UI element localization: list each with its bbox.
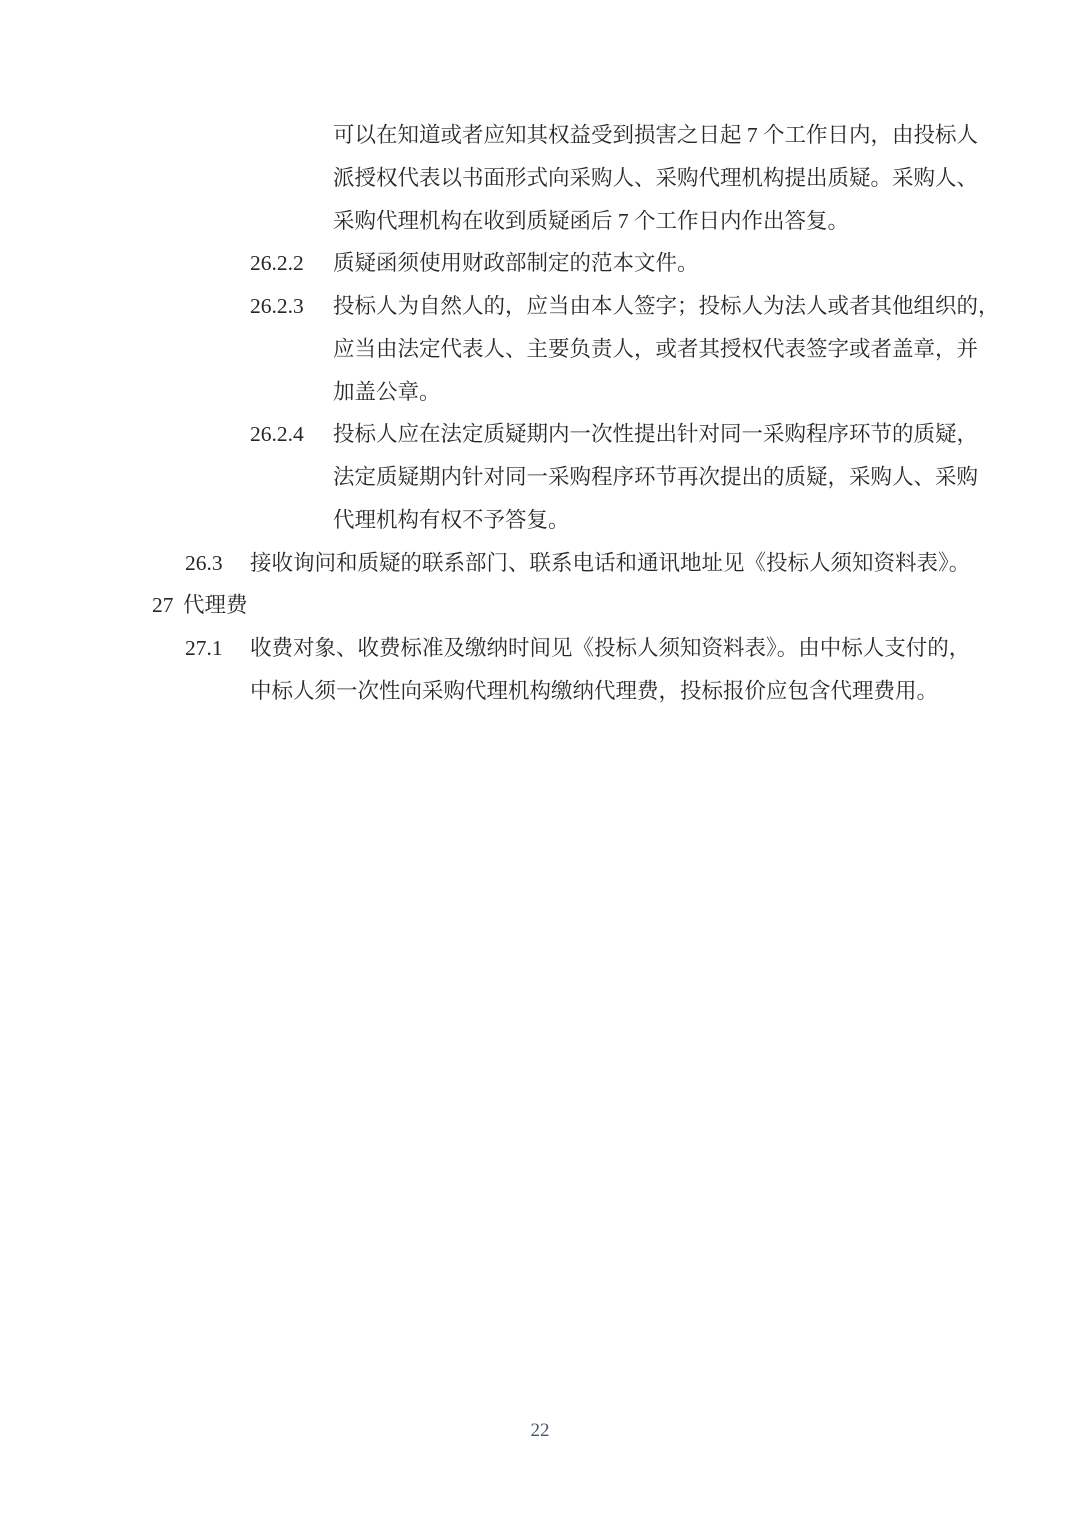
clause-26-2-3: 26.2.3 投标人为自然人的，应当由本人签字；投标人为法人或者其他组织的， 应…: [250, 285, 1080, 413]
clause-number: 27.1: [185, 627, 250, 670]
clause-number: 26.3: [185, 542, 250, 585]
text-line: 接收询问和质疑的联系部门、联系电话和通讯地址见《投标人须知资料表》。: [250, 542, 1080, 585]
heading-27: 27 代理费: [152, 584, 1080, 627]
clause-27-1: 27.1 收费对象、收费标准及缴纳时间见《投标人须知资料表》。由中标人支付的， …: [185, 627, 1080, 713]
text-line: 中标人须一次性向采购代理机构缴纳代理费，投标报价应包含代理费用。: [250, 670, 1080, 713]
clause-text: 收费对象、收费标准及缴纳时间见《投标人须知资料表》。由中标人支付的， 中标人须一…: [250, 627, 1080, 713]
text-line: 派授权代表以书面形式向采购人、采购代理机构提出质疑。采购人、: [333, 157, 1080, 200]
document-page: 可以在知道或者应知其权益受到损害之日起 7 个工作日内，由投标人 派授权代表以书…: [0, 0, 1080, 1527]
clause-text: 投标人为自然人的，应当由本人签字；投标人为法人或者其他组织的， 应当由法定代表人…: [333, 285, 1080, 413]
text-line: 收费对象、收费标准及缴纳时间见《投标人须知资料表》。由中标人支付的，: [250, 627, 1080, 670]
page-number: 22: [0, 1418, 1080, 1444]
clause-26-2-2: 26.2.2 质疑函须使用财政部制定的范本文件。: [250, 242, 1080, 285]
text-line: 代理费: [183, 584, 1080, 627]
text-line: 投标人为自然人的，应当由本人签字；投标人为法人或者其他组织的，: [333, 285, 1080, 328]
document-body: 可以在知道或者应知其权益受到损害之日起 7 个工作日内，由投标人 派授权代表以书…: [0, 114, 1080, 713]
text-line: 采购代理机构在收到质疑函后 7 个工作日内作出答复。: [333, 200, 1080, 243]
clause-26-2-1-continuation: 可以在知道或者应知其权益受到损害之日起 7 个工作日内，由投标人 派授权代表以书…: [333, 114, 1080, 242]
clause-number: 26.2.2: [250, 242, 333, 285]
clause-text: 可以在知道或者应知其权益受到损害之日起 7 个工作日内，由投标人 派授权代表以书…: [333, 114, 1080, 242]
clause-number: 27: [152, 584, 183, 627]
clause-26-2-4: 26.2.4 投标人应在法定质疑期内一次性提出针对同一采购程序环节的质疑， 法定…: [250, 413, 1080, 541]
clause-text: 接收询问和质疑的联系部门、联系电话和通讯地址见《投标人须知资料表》。: [250, 542, 1080, 585]
text-line: 代理机构有权不予答复。: [333, 499, 1080, 542]
text-line: 加盖公章。: [333, 371, 1080, 414]
clause-26-3: 26.3 接收询问和质疑的联系部门、联系电话和通讯地址见《投标人须知资料表》。: [185, 542, 1080, 585]
text-line: 法定质疑期内针对同一采购程序环节再次提出的质疑，采购人、采购: [333, 456, 1080, 499]
text-line: 质疑函须使用财政部制定的范本文件。: [333, 242, 1080, 285]
clause-text: 投标人应在法定质疑期内一次性提出针对同一采购程序环节的质疑， 法定质疑期内针对同…: [333, 413, 1080, 541]
text-line: 可以在知道或者应知其权益受到损害之日起 7 个工作日内，由投标人: [333, 114, 1080, 157]
clause-number: 26.2.4: [250, 413, 333, 456]
clause-text: 代理费: [183, 584, 1080, 627]
clause-number: 26.2.3: [250, 285, 333, 328]
text-line: 应当由法定代表人、主要负责人，或者其授权代表签字或者盖章，并: [333, 328, 1080, 371]
clause-text: 质疑函须使用财政部制定的范本文件。: [333, 242, 1080, 285]
text-line: 投标人应在法定质疑期内一次性提出针对同一采购程序环节的质疑，: [333, 413, 1080, 456]
